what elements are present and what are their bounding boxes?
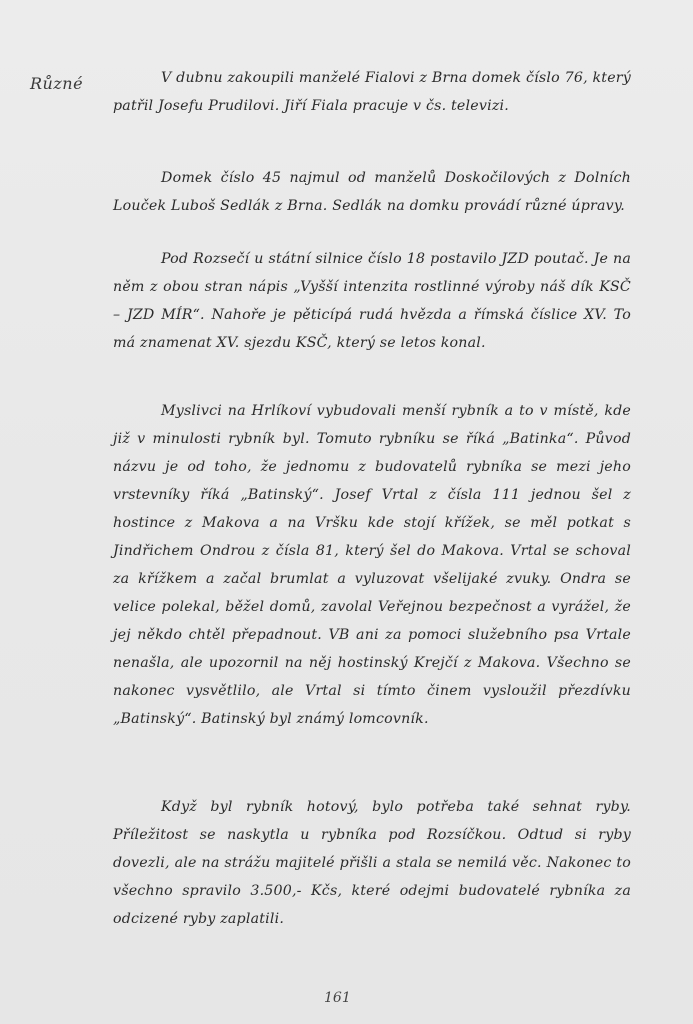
paragraph-jzd-sign: Pod Rozsečí u státní silnice číslo 18 po… <box>113 245 631 357</box>
page-number: 161 <box>324 990 351 1006</box>
paragraph-text: Domek číslo 45 najmul od manželů Doskoči… <box>113 164 631 220</box>
document-page: Různé V dubnu zakoupili manželé Fialovi … <box>0 0 693 1024</box>
paragraph-batinka-pond: Myslivci na Hrlíkoví vybudovali menší ry… <box>113 397 631 733</box>
margin-note: Různé <box>30 74 83 93</box>
paragraph-text: Myslivci na Hrlíkoví vybudovali menší ry… <box>113 397 631 733</box>
paragraph-text: V dubnu zakoupili manželé Fialovi z Brna… <box>113 64 631 120</box>
paragraph-fiala-house: V dubnu zakoupili manželé Fialovi z Brna… <box>113 64 631 120</box>
paragraph-text: Když byl rybník hotový, bylo potřeba tak… <box>113 793 631 933</box>
paragraph-pond-fish: Když byl rybník hotový, bylo potřeba tak… <box>113 793 631 933</box>
paragraph-text: Pod Rozsečí u státní silnice číslo 18 po… <box>113 245 631 357</box>
paragraph-sedlak-house: Domek číslo 45 najmul od manželů Doskoči… <box>113 164 631 220</box>
